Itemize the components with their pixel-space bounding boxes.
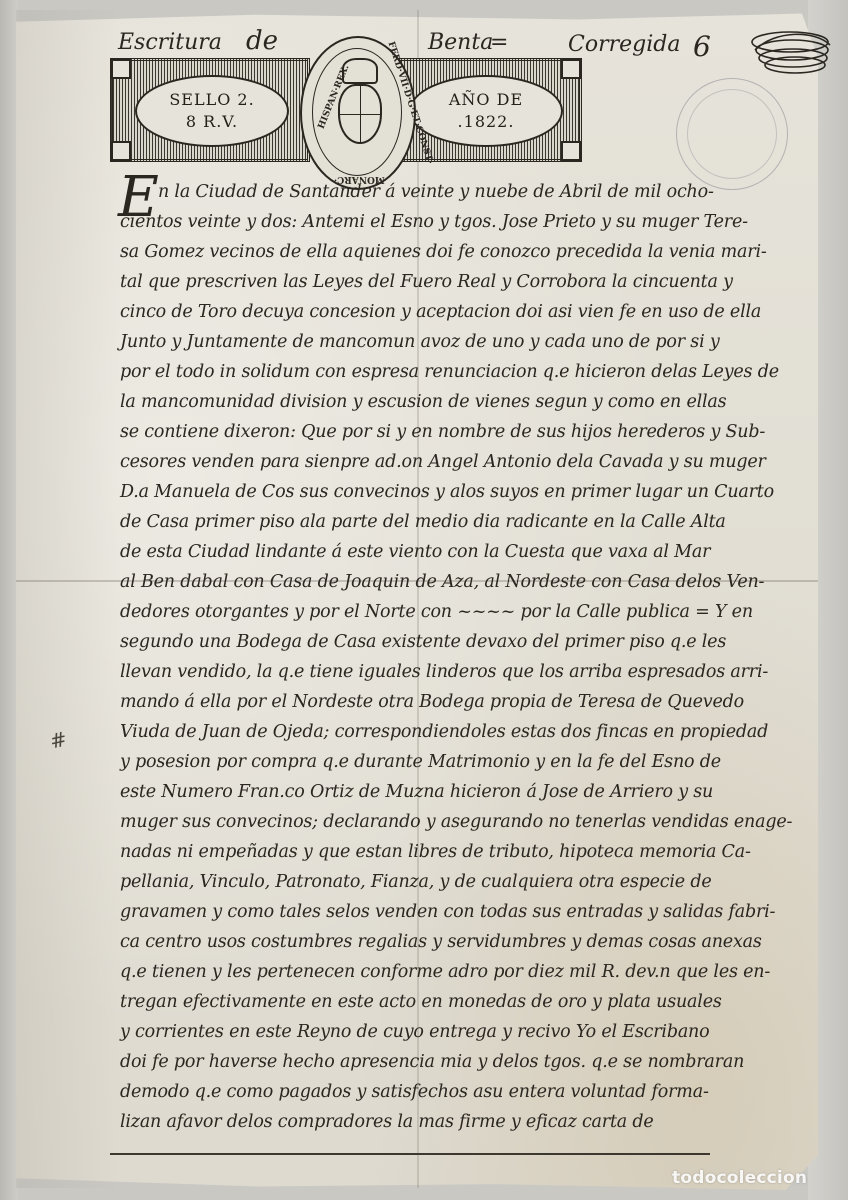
text-line: nadas ni empeñadas y que estan libres de… (120, 842, 751, 862)
closing-rule-line (110, 1153, 710, 1155)
text-line: de Casa primer piso ala parte del medio … (120, 512, 726, 532)
stamp-year-label: AÑO DE (449, 89, 523, 111)
text-line: Junto y Juntamente de mancomun avoz de u… (120, 332, 720, 352)
text-line: demodo q.e como pagados y satisfechos as… (120, 1082, 709, 1102)
text-line: al Ben dabal con Casa de Joaquin de Aza,… (120, 572, 764, 592)
text-line: sa Gomez vecinos de ella aquienes doi fe… (120, 242, 767, 262)
text-line: ca centro usos costumbres regalias y ser… (120, 932, 762, 952)
text-line: muger sus convecinos; declarando y asegu… (120, 812, 792, 832)
watermark-logo: todocoleccion (672, 1168, 807, 1188)
stamp-value-oval: SELLO 2. 8 R.V. (135, 75, 289, 147)
text-line: lizan afavor delos compradores la mas fi… (120, 1112, 654, 1132)
text-line: este Numero Fran.co Ortiz de Muzna hicie… (120, 782, 713, 802)
stamp-corner-ornament (111, 141, 131, 161)
text-line: D.a Manuela de Cos sus convecinos y alos… (120, 482, 774, 502)
text-line: se contiene dixeron: Que por si y en nom… (120, 422, 765, 442)
text-line: segundo una Bodega de Casa existente dev… (120, 632, 726, 652)
stamp-year-oval: AÑO DE .1822. (409, 75, 563, 147)
fiscal-stamp: SELLO 2. 8 R.V. AÑO DE .1822. HISPAN·REX… (110, 58, 582, 162)
text-line: y posesion por compra q.e durante Matrim… (120, 752, 721, 772)
text-line: la mancomunidad division y escusion de v… (120, 392, 726, 412)
text-line: n la Ciudad de Santander á veinte y nueb… (158, 182, 714, 202)
text-line: pellania, Vinculo, Patronato, Fianza, y … (120, 872, 711, 892)
text-line: cientos veinte y dos: Antemi el Esno y t… (120, 212, 748, 232)
text-line: Viuda de Juan de Ojeda; correspondiendol… (120, 722, 768, 742)
document-heading: Escritura de Benta = Corregida 6 (118, 30, 718, 60)
text-line: tregan efectivamente en este acto en mon… (120, 992, 722, 1012)
text-line: doi fe por haverse hecho apresencia mia … (120, 1052, 744, 1072)
shield-icon (338, 84, 382, 144)
faint-ink-stamp (676, 78, 788, 190)
text-line: tal que prescriven las Leyes del Fuero R… (120, 272, 733, 292)
text-line: q.e tienen y les pertenecen conforme adr… (120, 962, 770, 982)
heading-separator: = (490, 30, 508, 55)
text-line: llevan vendido, la q.e tiene iguales lin… (120, 662, 768, 682)
stamp-left-panel: SELLO 2. 8 R.V. (110, 58, 310, 162)
stamp-corner-ornament (561, 141, 581, 161)
royal-coat-of-arms-seal: HISPAN·REX. FERD·VII·D·G·ET·CONST· MONAR… (300, 36, 416, 190)
text-line: cinco de Toro decuya concesion y aceptac… (120, 302, 761, 322)
signature-flourish-icon (745, 20, 835, 90)
text-line: dedores otorgantes y por el Norte con ~~… (120, 602, 753, 622)
text-line: y corrientes en este Reyno de cuyo entre… (120, 1022, 709, 1042)
heading-word-corregida: Corregida (568, 32, 680, 57)
stamp-corner-ornament (111, 59, 131, 79)
heading-word-benta: Benta (428, 30, 493, 55)
heading-word-escritura: Escritura (118, 30, 222, 55)
heading-number: 6 (693, 30, 711, 63)
stamp-corner-ornament (561, 59, 581, 79)
text-line: gravamen y como tales selos venden con t… (120, 902, 775, 922)
stamp-year-value: .1822. (458, 111, 515, 133)
text-line: de esta Ciudad lindante á este viento co… (120, 542, 710, 562)
heading-word-de: de (246, 26, 278, 56)
text-line: cesores venden para sienpre ad.on Angel … (120, 452, 766, 472)
stamp-value-label: 8 R.V. (186, 111, 238, 133)
text-line: mando á ella por el Nordeste otra Bodega… (120, 692, 744, 712)
text-line: por el todo in solidum con espresa renun… (120, 362, 779, 382)
stamp-seal-label: SELLO 2. (169, 89, 254, 111)
page-margin (16, 10, 121, 1188)
